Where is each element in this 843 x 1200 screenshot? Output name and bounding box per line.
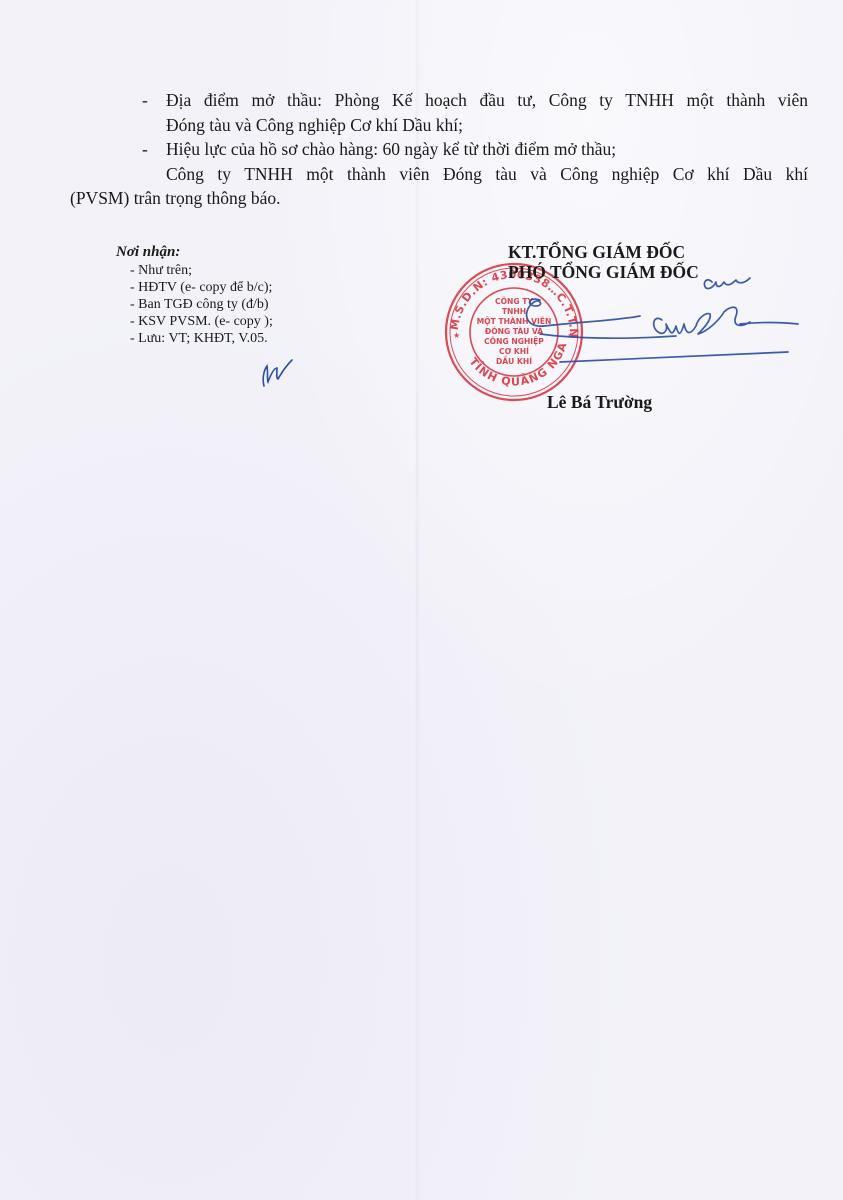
recipient-item: - Ban TGĐ công ty (đ/b) [116,296,273,313]
recipient-item: - HĐTV (e- copy để b/c); [116,279,273,296]
recipients-block: Nơi nhận: - Như trên; - HĐTV (e- copy để… [116,244,273,347]
bullet-text-line2: Đóng tàu và Công nghiệp Cơ khí Dầu khí; [166,115,463,135]
bullet-item-validity: - Hiệu lực của hồ sơ chào hàng: 60 ngày … [118,137,808,162]
recipient-item: - Lưu: VT; KHĐT, V.05. [116,330,273,347]
closing-line2: (PVSM) trân trọng thông báo. [70,186,808,211]
initials-mark-icon [258,352,298,388]
recipient-item: - KSV PVSM. (e- copy ); [116,313,273,330]
bullet-item-bid-location: - Địa điểm mở thầu: Phòng Kế hoạch đầu t… [118,88,808,137]
bullet-text-line1: Địa điểm mở thầu: Phòng Kế hoạch đầu tư,… [166,88,808,113]
closing-line1: Công ty TNHH một thành viên Đóng tàu và … [118,162,808,187]
signer-name: Lê Bá Trường [547,392,652,413]
bullet-marker: - [142,88,148,113]
document-body: - Địa điểm mở thầu: Phòng Kế hoạch đầu t… [118,88,808,211]
recipients-title: Nơi nhận: [116,244,273,261]
bullet-marker: - [142,137,148,162]
closing-statement: Công ty TNHH một thành viên Đóng tàu và … [118,162,808,211]
signature-block: M.S.D.N: 4300338…C.T.T.N.H.H TỈNH QUẢNG … [440,242,800,422]
bullet-text-line1: Hiệu lực của hồ sơ chào hàng: 60 ngày kể… [166,139,616,159]
handwritten-signature-icon [440,242,800,382]
recipient-item: - Như trên; [116,262,273,279]
